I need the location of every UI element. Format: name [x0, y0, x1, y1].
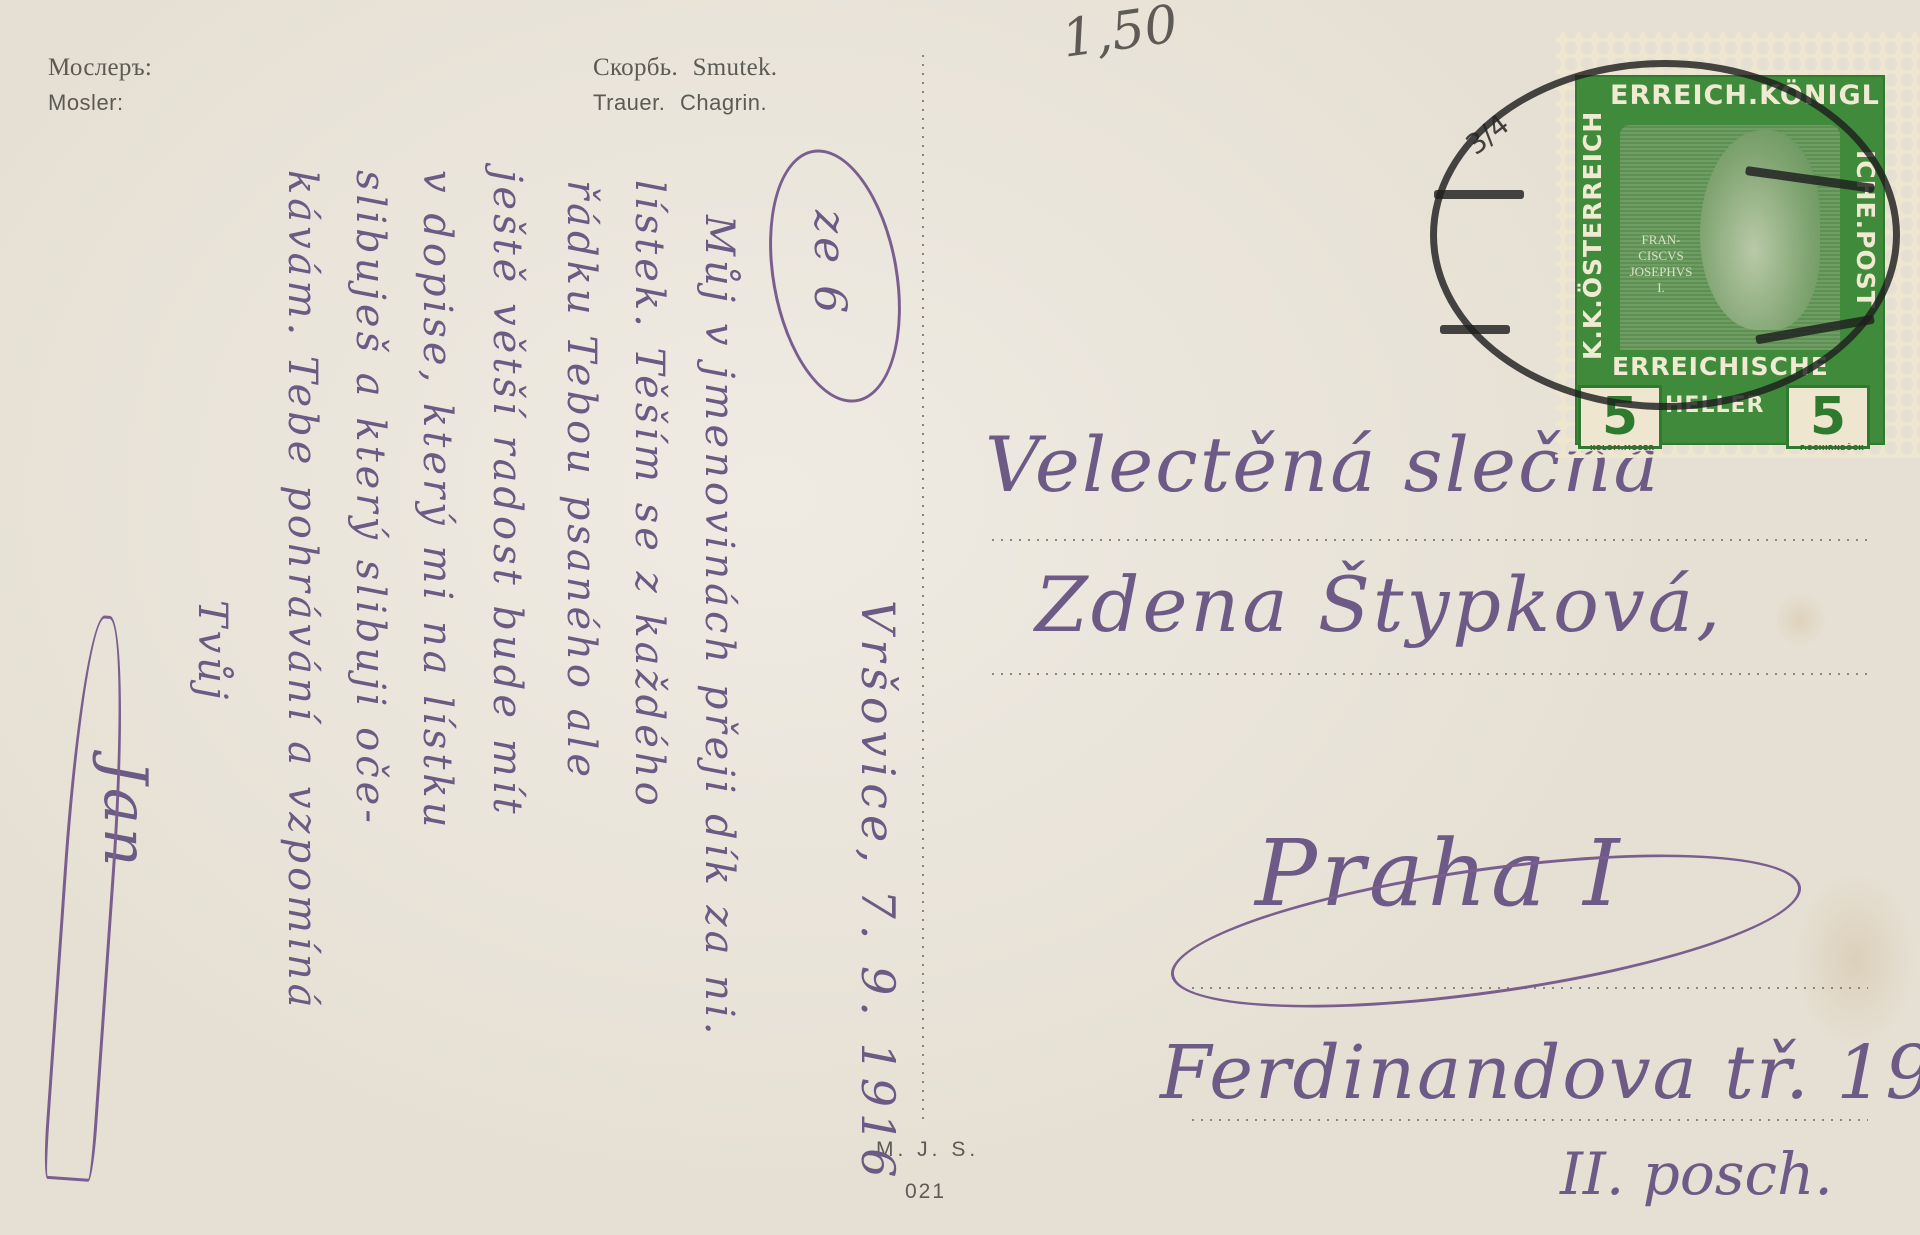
- message-line-3: řádku Tebou psaného ale: [558, 180, 604, 781]
- message-closing: Tvůj: [189, 600, 235, 703]
- message-line-1: Můj v jmenovinách přeji dík za ni.: [696, 215, 742, 1038]
- stamp-designer-credit: KOLOM.MOSER: [1590, 444, 1654, 452]
- price-note: 1,50: [1058, 0, 1181, 70]
- address-floor: II. posch.: [1560, 1140, 1833, 1208]
- artist-name-latin: Mosler:: [48, 90, 124, 116]
- message-line-6: slibuješ a který slibuji oče-: [347, 170, 393, 827]
- postcard-back: Мослеръ: Mosler: Скорбь. Smutek. Trauer.…: [0, 0, 1920, 1235]
- address-street: Ferdinandova tř. 19: [1160, 1030, 1920, 1116]
- address-line-1-rule: [992, 539, 1868, 541]
- message-line-5: v dopise, který mi na lístku: [414, 170, 460, 831]
- catalog-number: 021: [905, 1180, 946, 1204]
- address-line-2-rule: [992, 673, 1868, 675]
- message-line-7: kávám. Tebe pohrávání a vzpomíná: [279, 170, 325, 1012]
- center-divider: [922, 55, 924, 1125]
- postmark-cancellation: [1430, 60, 1900, 410]
- address-line-4-rule: [1192, 1119, 1868, 1121]
- title-line-1: Скорбь. Smutek.: [593, 54, 777, 82]
- title-line-2: Trauer. Chagrin.: [593, 90, 767, 116]
- stamp-engraver-credit: F.SCHIRNBÖCK: [1800, 444, 1864, 452]
- postmark-bar-top: [1434, 190, 1524, 199]
- artist-name-cyrillic: Мослеръ:: [48, 54, 152, 82]
- address-recipient: Zdena Štypková,: [1035, 560, 1723, 649]
- postmark-bar-bottom: [1440, 325, 1510, 334]
- stamp-value-right: 5: [1786, 385, 1870, 449]
- message-date-line: Vršovice, 7. 9. 1916: [851, 600, 905, 1184]
- message-line-4: ještě větší radost bude mít: [484, 170, 530, 818]
- message-line-2: lístek. Těším se z každého: [626, 180, 672, 810]
- signature-flourish: [42, 614, 132, 1182]
- circled-note: ze 6: [804, 210, 855, 317]
